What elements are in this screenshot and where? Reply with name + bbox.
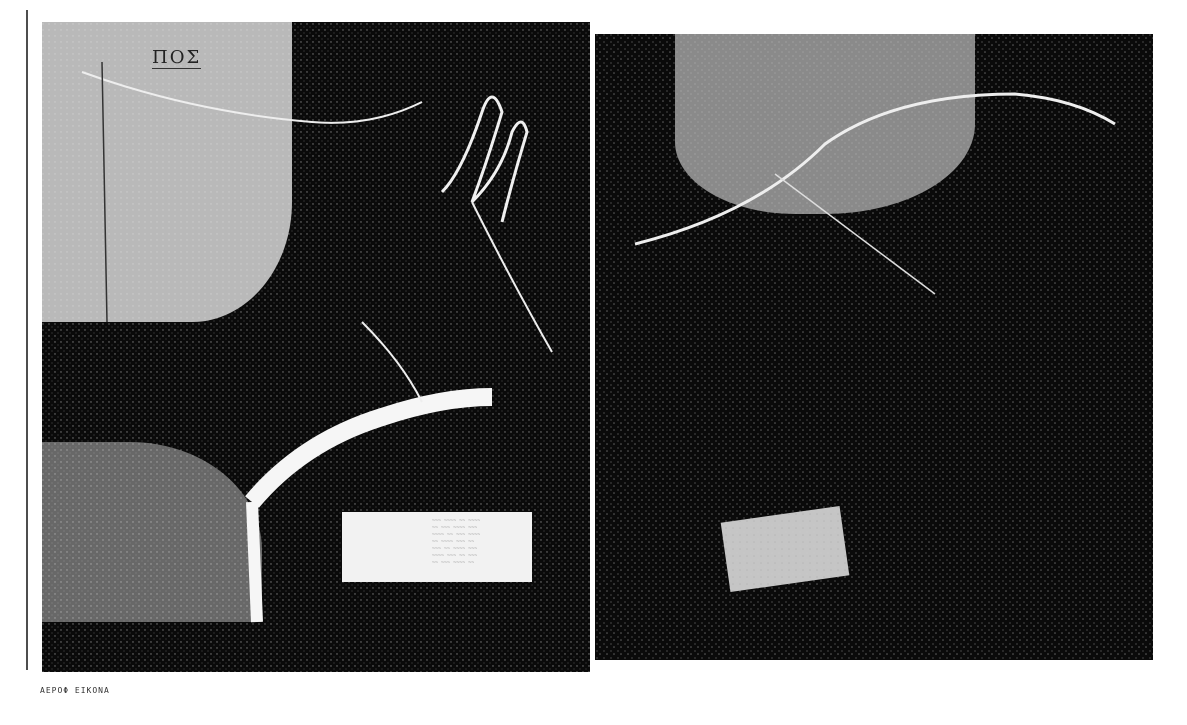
handwritten-annotation: ΠΟΣ bbox=[152, 47, 201, 69]
photo-label-plate-left: ~~~ ~~~~ ~~ ~~~~ ~~ ~~~ ~~~~ ~~~ ~~~~ ~~… bbox=[342, 512, 532, 582]
road-network-right bbox=[595, 34, 1153, 660]
right-aerial-photo bbox=[595, 34, 1153, 660]
left-aerial-photo: ~~~ ~~~~ ~~ ~~~~ ~~ ~~~ ~~~~ ~~~ ~~~~ ~~… bbox=[42, 22, 590, 672]
scan-edge-line bbox=[26, 10, 28, 670]
bottom-caption: ΑΕΡΟΦ ΕΙΚΟΝΑ bbox=[40, 686, 110, 695]
